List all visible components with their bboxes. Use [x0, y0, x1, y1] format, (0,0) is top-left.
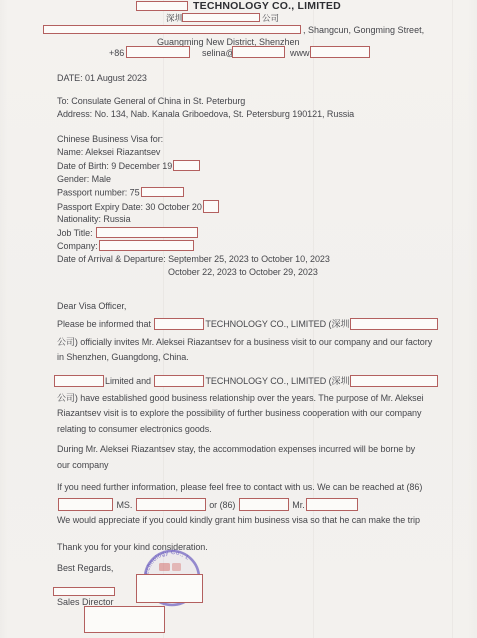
redaction-box	[239, 498, 289, 511]
applicant-dob: Date of Birth: 9 December 19	[57, 160, 201, 173]
redaction-box	[136, 574, 203, 603]
phone-prefix: +86	[109, 48, 124, 58]
redaction-box	[84, 606, 165, 633]
redaction-box	[182, 13, 260, 22]
contact-numbers-line: MS. or (86) Mr.	[57, 498, 359, 513]
redaction-box	[136, 498, 206, 511]
expiry-prefix: Passport Expiry Date: 30 October 20	[57, 202, 202, 212]
company-name: TECHNOLOGY CO., LIMITED	[193, 0, 341, 12]
p2-partner: Limited and	[105, 376, 151, 386]
p1-pre: Please be informed that	[57, 319, 151, 329]
redaction-box	[58, 498, 113, 511]
redaction-box	[310, 46, 370, 58]
applicant-company: Company:	[57, 240, 195, 253]
stamp-red-mark	[172, 563, 181, 571]
travel-dates-line1: Date of Arrival & Departure: September 2…	[57, 254, 330, 264]
redaction-box	[43, 25, 301, 35]
redaction-box	[126, 46, 190, 58]
redaction-box	[96, 227, 198, 238]
applicant-nationality: Nationality: Russia	[57, 214, 131, 224]
redaction-box	[350, 318, 438, 330]
company-name-cn-prefix: 深圳	[166, 12, 183, 24]
website-prefix: www	[290, 48, 310, 58]
passport-prefix: Passport number: 75	[57, 187, 140, 197]
paragraph2-line1: Limited and TECHNOLOGY CO., LIMITED (深圳	[53, 374, 439, 389]
paragraph1-line3: in Shenzhen, Guangdong, China.	[57, 352, 189, 362]
applicant-gender: Gender: Male	[57, 174, 111, 184]
paragraph4-line1: If you need further information, please …	[57, 482, 422, 492]
redaction-box	[154, 318, 204, 330]
job-label: Job Title:	[57, 228, 93, 238]
redaction-box	[154, 375, 204, 387]
regards-line: Best Regards,	[57, 563, 113, 573]
applicant-name: Name: Aleksei Riazantsev	[57, 147, 160, 157]
paragraph2-line3: Riazantsev visit is to explore the possi…	[57, 408, 421, 418]
contact-or-label: or (86)	[209, 500, 235, 510]
recipient-line: To: Consulate General of China in St. Pe…	[57, 96, 245, 106]
salutation: Dear Visa Officer,	[57, 301, 126, 311]
passport-number: Passport number: 75	[57, 187, 185, 199]
paragraph2-line4: relating to consumer electronics goods.	[57, 424, 212, 434]
recipient-address: Address: No. 134, Nab. Kanala Griboedova…	[57, 109, 354, 119]
applicant-job-title: Job Title:	[57, 227, 199, 240]
date-line: DATE: 01 August 2023	[57, 73, 147, 83]
visa-heading: Chinese Business Visa for:	[57, 134, 163, 144]
paragraph2-line2: 公司) have established good business relat…	[57, 391, 424, 404]
travel-dates-line2: October 22, 2023 to October 29, 2023	[168, 267, 318, 277]
redaction-box	[306, 498, 358, 511]
company-name-cn-suffix: 公司	[262, 12, 279, 24]
paragraph3-line2: our company	[57, 460, 108, 470]
street-address: , Shangcun, Gongming Street,	[303, 25, 424, 35]
p2-mid: TECHNOLOGY CO., LIMITED (深圳	[205, 376, 349, 386]
paragraph1-line2: 公司) officially invites Mr. Aleksei Riaza…	[57, 335, 432, 348]
contact-mr-label: Mr.	[292, 500, 304, 510]
company-label: Company:	[57, 241, 98, 251]
redaction-box	[173, 160, 200, 171]
redaction-box	[232, 46, 285, 58]
paper-crease	[452, 0, 453, 638]
paragraph3-line1: During Mr. Aleksei Riazantsev stay, the …	[57, 444, 415, 454]
redaction-box	[99, 240, 194, 251]
paragraph4-line3: We would appreciate if you could kindly …	[57, 515, 420, 525]
redaction-box	[136, 1, 188, 11]
paragraph1-line1: Please be informed that TECHNOLOGY CO., …	[57, 317, 439, 332]
dob-prefix: Date of Birth: 9 December 19	[57, 161, 172, 171]
redaction-box	[54, 375, 104, 387]
redaction-box	[53, 587, 115, 596]
email-prefix: selina@	[202, 48, 235, 58]
redaction-box	[141, 187, 184, 197]
stamp-red-mark	[159, 563, 170, 571]
redaction-box	[203, 200, 219, 213]
redaction-box	[350, 375, 438, 387]
p1-mid: TECHNOLOGY CO., LIMITED (深圳	[205, 319, 349, 329]
passport-expiry: Passport Expiry Date: 30 October 20	[57, 200, 220, 215]
contact-ms-label: MS.	[116, 500, 132, 510]
scanned-letter-page: TECHNOLOGY CO., LIMITED 深圳 公司 , Shangcun…	[0, 0, 477, 638]
